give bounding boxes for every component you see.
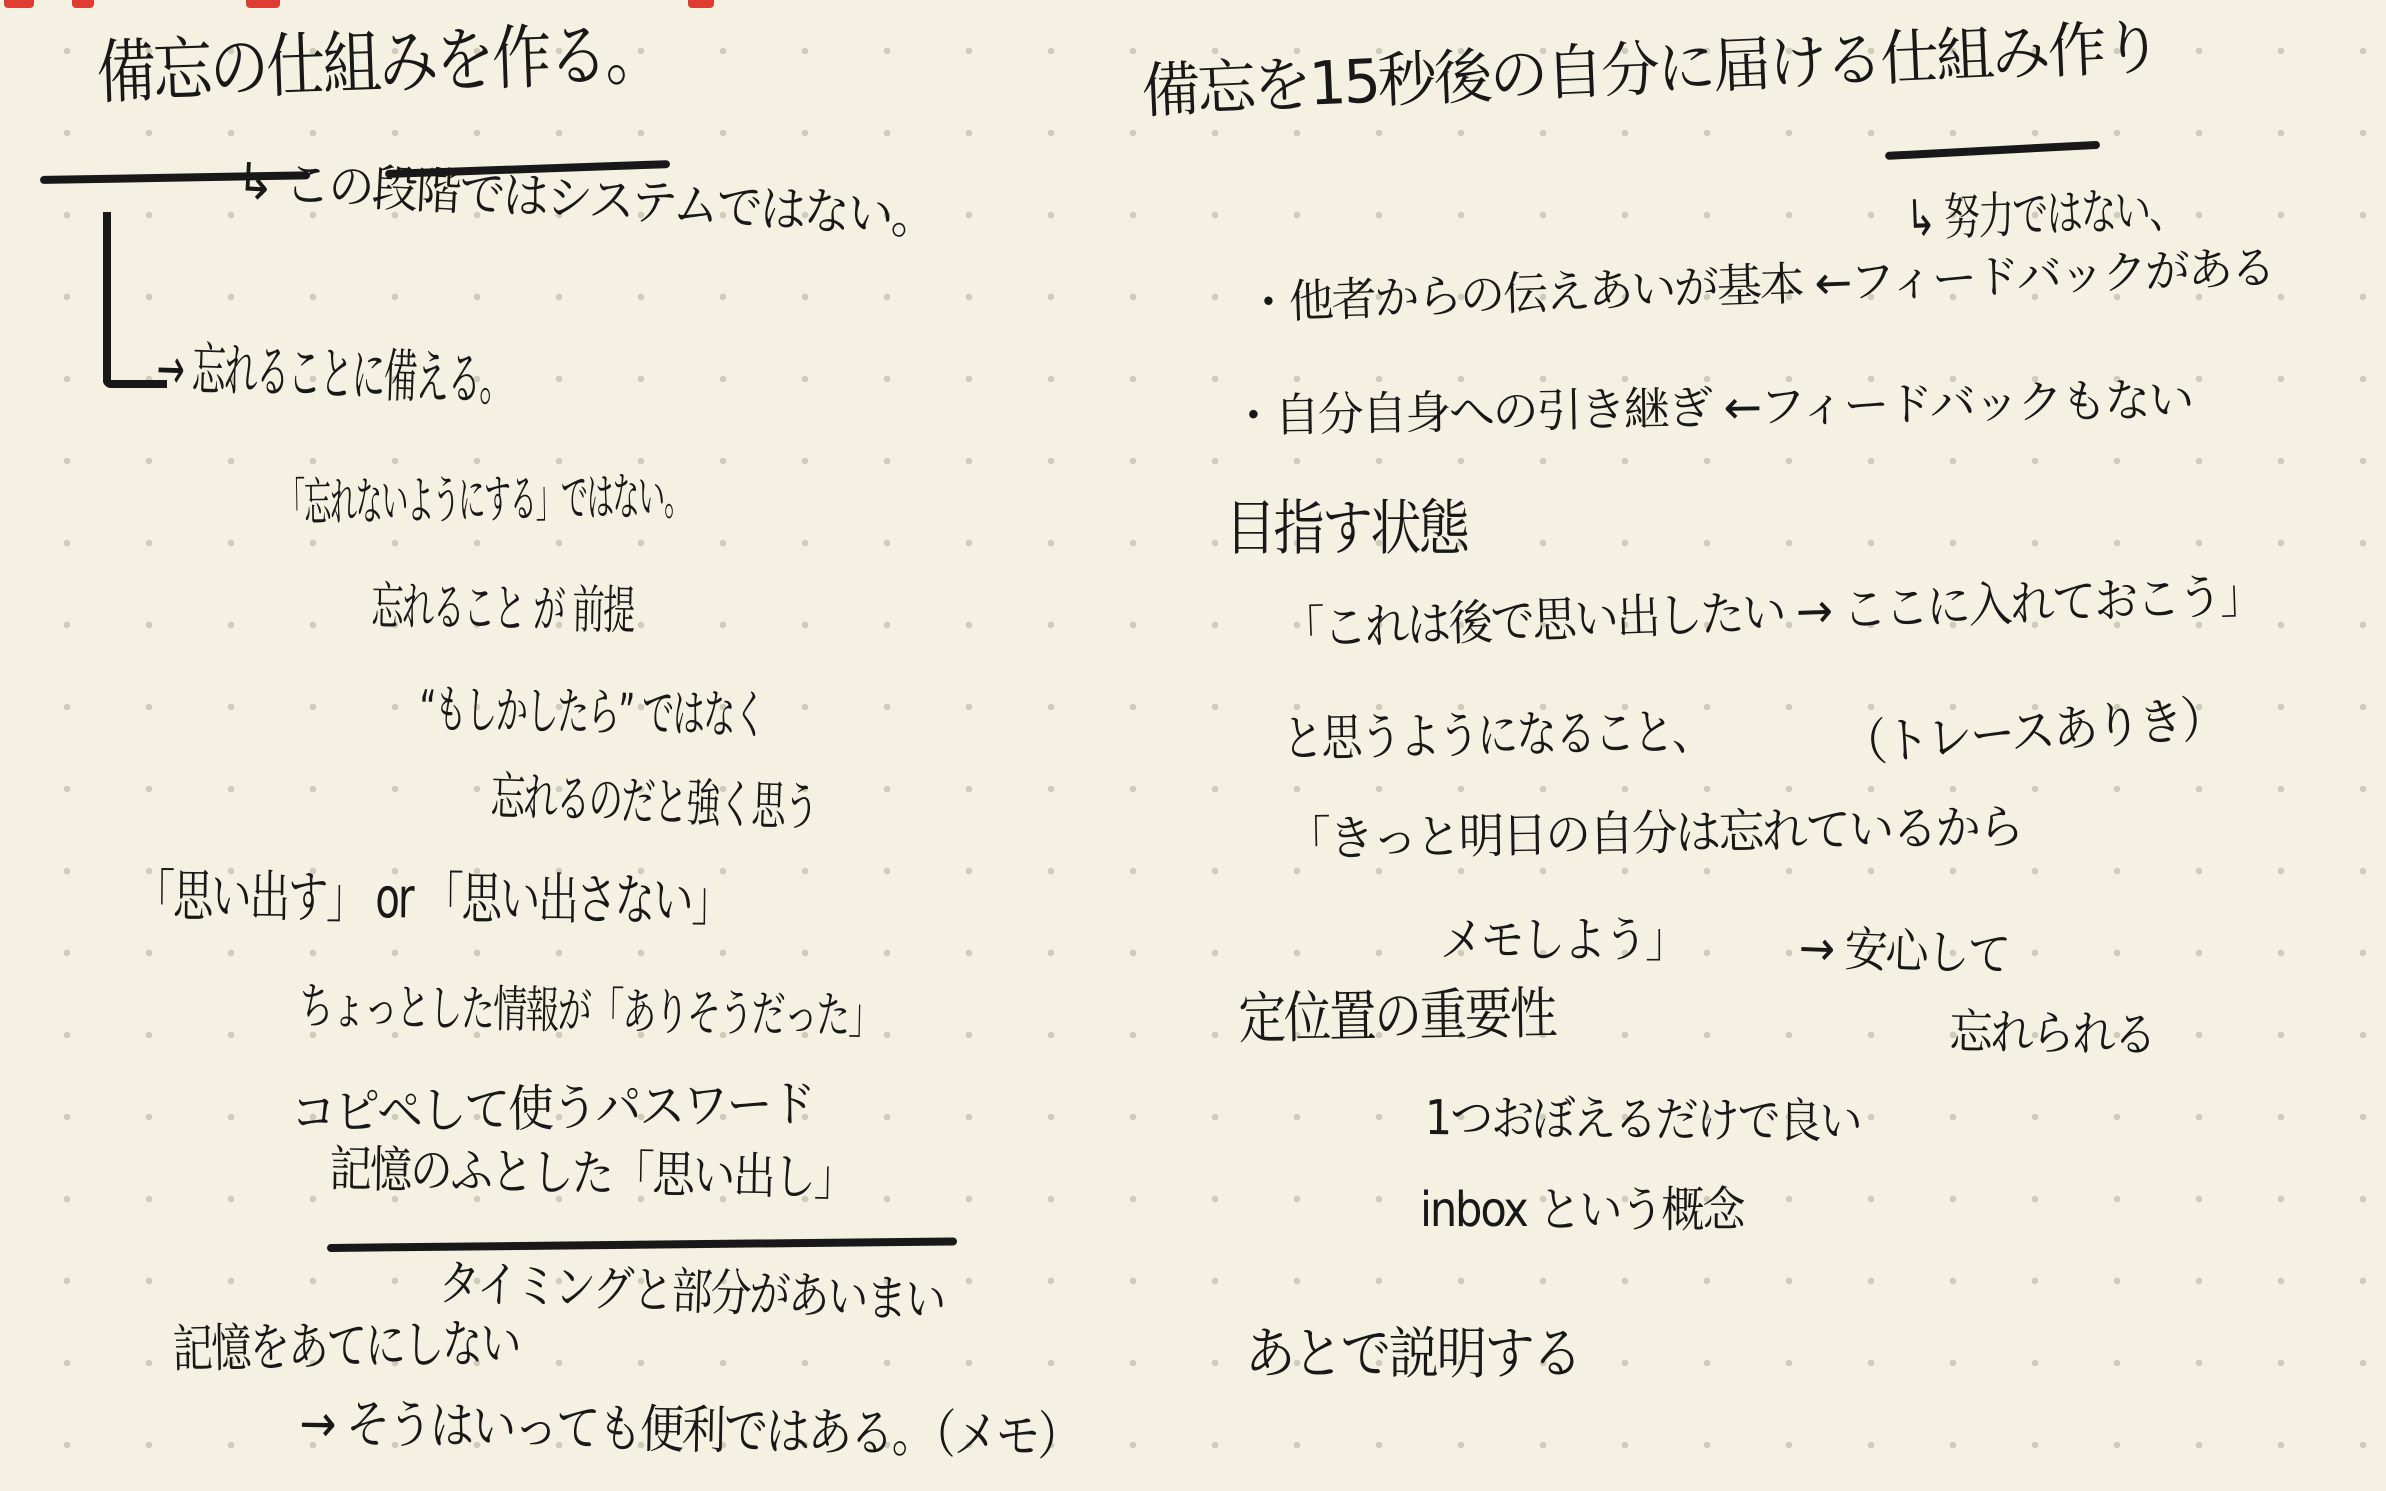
left-line-small-info: ちょっとした情報が「ありそうだった」 <box>299 975 881 1048</box>
right-line-inbox-concept: inbox という概念 <box>1420 1180 1743 1240</box>
right-bullet-handover-to-self: ・自分自身への引き継ぎ ←フィードバックもない <box>1230 371 2193 445</box>
right-line-put-it-here: 「これは後で思い出したい → ここに入れておこう」 <box>1280 566 2263 660</box>
shikumi-underline-stroke <box>1885 141 2100 160</box>
red-ink-remnant <box>246 0 280 8</box>
left-line-prepare-for-forgetting: → 忘れることに備える。 <box>155 332 512 417</box>
left-line-strongly-believe-forget: 忘れるのだと強く思う <box>490 765 818 841</box>
left-line-not-avoid-forgetting: 「忘れないようにする」ではない。 <box>278 465 690 537</box>
right-bullet-feedback-from-others: ・他者からの伝えあいが基本 ←フィードバックがある <box>1245 239 2274 332</box>
left-line-forgetting-is-premise: 忘れること が 前提 <box>371 575 634 645</box>
right-heading-goal-state: 目指す状態 <box>1225 492 1467 567</box>
right-line-tomorrow-self-forgets: 「きっと明日の自分は忘れているから <box>1285 797 2022 870</box>
right-line-memo-it: メモしよう」 <box>1440 910 1686 970</box>
note-canvas[interactable]: 備忘の仕組みを作る。 ↳ この段階ではシステムではない。 → 忘れることに備える… <box>0 0 2386 1491</box>
left-line-copy-paste-password: コピペして使うパスワード <box>290 1073 814 1145</box>
left-line-casual-recall: 記憶のふとした「思い出し」 <box>329 1138 855 1210</box>
left-line-still-convenient-memo: → そうはいっても便利ではある。（メモ） <box>299 1392 1080 1471</box>
right-line-remember-one-thing: 1つおぼえるだけで良い <box>1424 1088 1860 1152</box>
left-line-dont-rely-on-memory: 記憶をあてにしない <box>172 1312 520 1383</box>
recall-underline-stroke <box>327 1237 957 1252</box>
left-line-recall-or-not: 「思い出す」 or 「思い出さない」 <box>134 862 730 937</box>
right-line-trace-first: （トレースありき） <box>1840 687 2226 776</box>
left-title-line: 備忘の仕組みを作る。 <box>95 10 663 117</box>
right-title-line-deliver-to-future-self: 備忘を15秒後の自分に届ける仕組み作り <box>1140 11 2161 130</box>
red-ink-remnant <box>72 0 94 8</box>
red-ink-remnant <box>4 0 34 8</box>
red-ink-remnant <box>688 0 714 8</box>
left-line-not-maybe: “もしかしたら” ではなく <box>419 678 765 749</box>
right-line-explain-later: あとで説明する <box>1245 1320 1580 1390</box>
right-line-come-to-think: と思うようになること、 <box>1282 701 1711 771</box>
right-line-with-peace-of-mind: → 安心して <box>1798 918 2010 985</box>
right-line-can-forget: 忘れられる <box>1949 1002 2155 1066</box>
right-line-not-effort: ↳ 努力ではない、 <box>1905 178 2184 250</box>
right-heading-fixed-place-importance: 定位置の重要性 <box>1238 979 1556 1055</box>
